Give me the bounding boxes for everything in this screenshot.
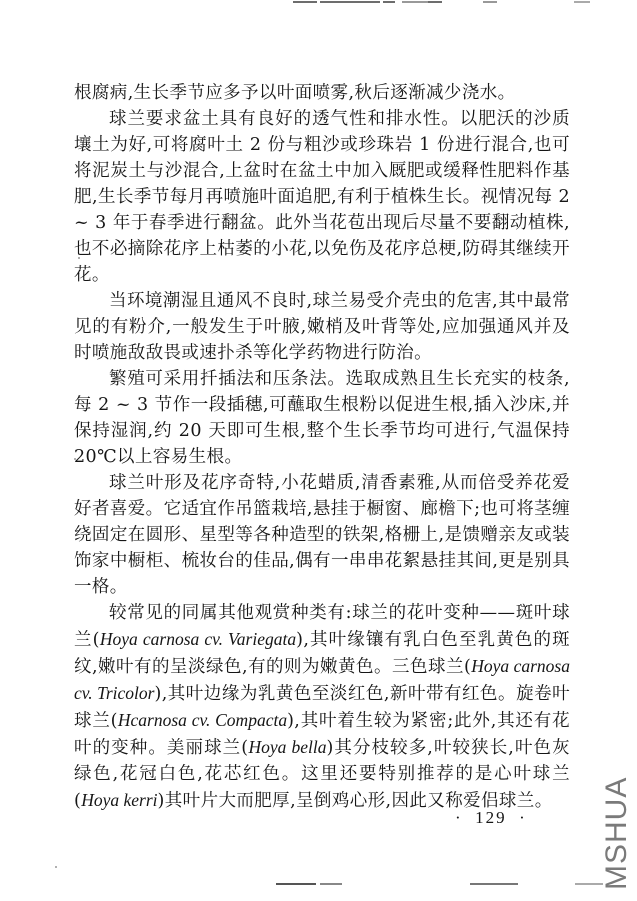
- header-mark: [320, 1, 380, 3]
- text-segment: 当环境潮湿且通风不良时,球兰易受介壳虫的危害,其中最常见的有粉介,一般发生于叶腋…: [74, 291, 570, 363]
- text-segment: 球兰叶形及花序奇特,小花蜡质,清香素雅,从而倍受养花爱好者喜爱。它适宜作吊篮栽培…: [74, 473, 570, 597]
- paragraph: 当环境潮湿且通风不良时,球兰易受介壳虫的危害,其中最常见的有粉介,一般发生于叶腋…: [74, 288, 570, 366]
- scan-speck: [78, 257, 80, 259]
- latin-name: Hoya carnosa cv. Variegata: [100, 629, 296, 649]
- text-segment: 根腐病,生长季节应多予以叶面喷雾,秋后逐渐减少浇水。: [74, 83, 516, 103]
- header-mark: [402, 1, 428, 3]
- paragraph: 球兰叶形及花序奇特,小花蜡质,清香素雅,从而倍受养花爱好者喜爱。它适宜作吊篮栽培…: [74, 470, 570, 600]
- page-body: 根腐病,生长季节应多予以叶面喷雾,秋后逐渐减少浇水。球兰要求盆土具有良好的透气性…: [74, 80, 570, 814]
- paragraph: 球兰要求盆土具有良好的透气性和排水性。以肥沃的沙质壤土为好,可将腐叶土 2 份与…: [74, 106, 570, 288]
- text-segment: 繁殖可采用扦插法和压条法。选取成熟且生长充实的枝条,每 2 ~ 3 节作一段插穗…: [74, 369, 570, 467]
- header-mark: [483, 1, 497, 3]
- text-segment: 球兰要求盆土具有良好的透气性和排水性。以肥沃的沙质壤土为好,可将腐叶土 2 份与…: [74, 109, 570, 285]
- paragraph: 根腐病,生长季节应多予以叶面喷雾,秋后逐渐减少浇水。: [74, 80, 570, 106]
- scan-speck: [55, 866, 57, 868]
- latin-name: Hoya kerri: [81, 790, 157, 810]
- page-footer-scan-marks: [0, 880, 637, 888]
- footer-mark: [276, 883, 316, 885]
- paragraph: 较常见的同属其他观赏种类有:球兰的花叶变种——斑叶球兰(Hoya carnosa…: [74, 600, 570, 814]
- latin-name: Hoya bella: [249, 737, 327, 757]
- watermark: MSHUA: [599, 758, 635, 890]
- latin-name: Hcarnosa cv. Compacta: [118, 710, 287, 730]
- page-number: · 129 ·: [455, 808, 527, 828]
- footer-mark: [320, 883, 342, 885]
- header-mark: [428, 1, 442, 3]
- header-mark: [574, 1, 590, 3]
- scan-speck: [74, 458, 76, 460]
- header-mark: [383, 1, 395, 3]
- footer-mark: [470, 883, 518, 885]
- page-header-scan-marks: [0, 0, 637, 8]
- header-mark: [293, 1, 317, 3]
- paragraph: 繁殖可采用扦插法和压条法。选取成熟且生长充实的枝条,每 2 ~ 3 节作一段插穗…: [74, 366, 570, 470]
